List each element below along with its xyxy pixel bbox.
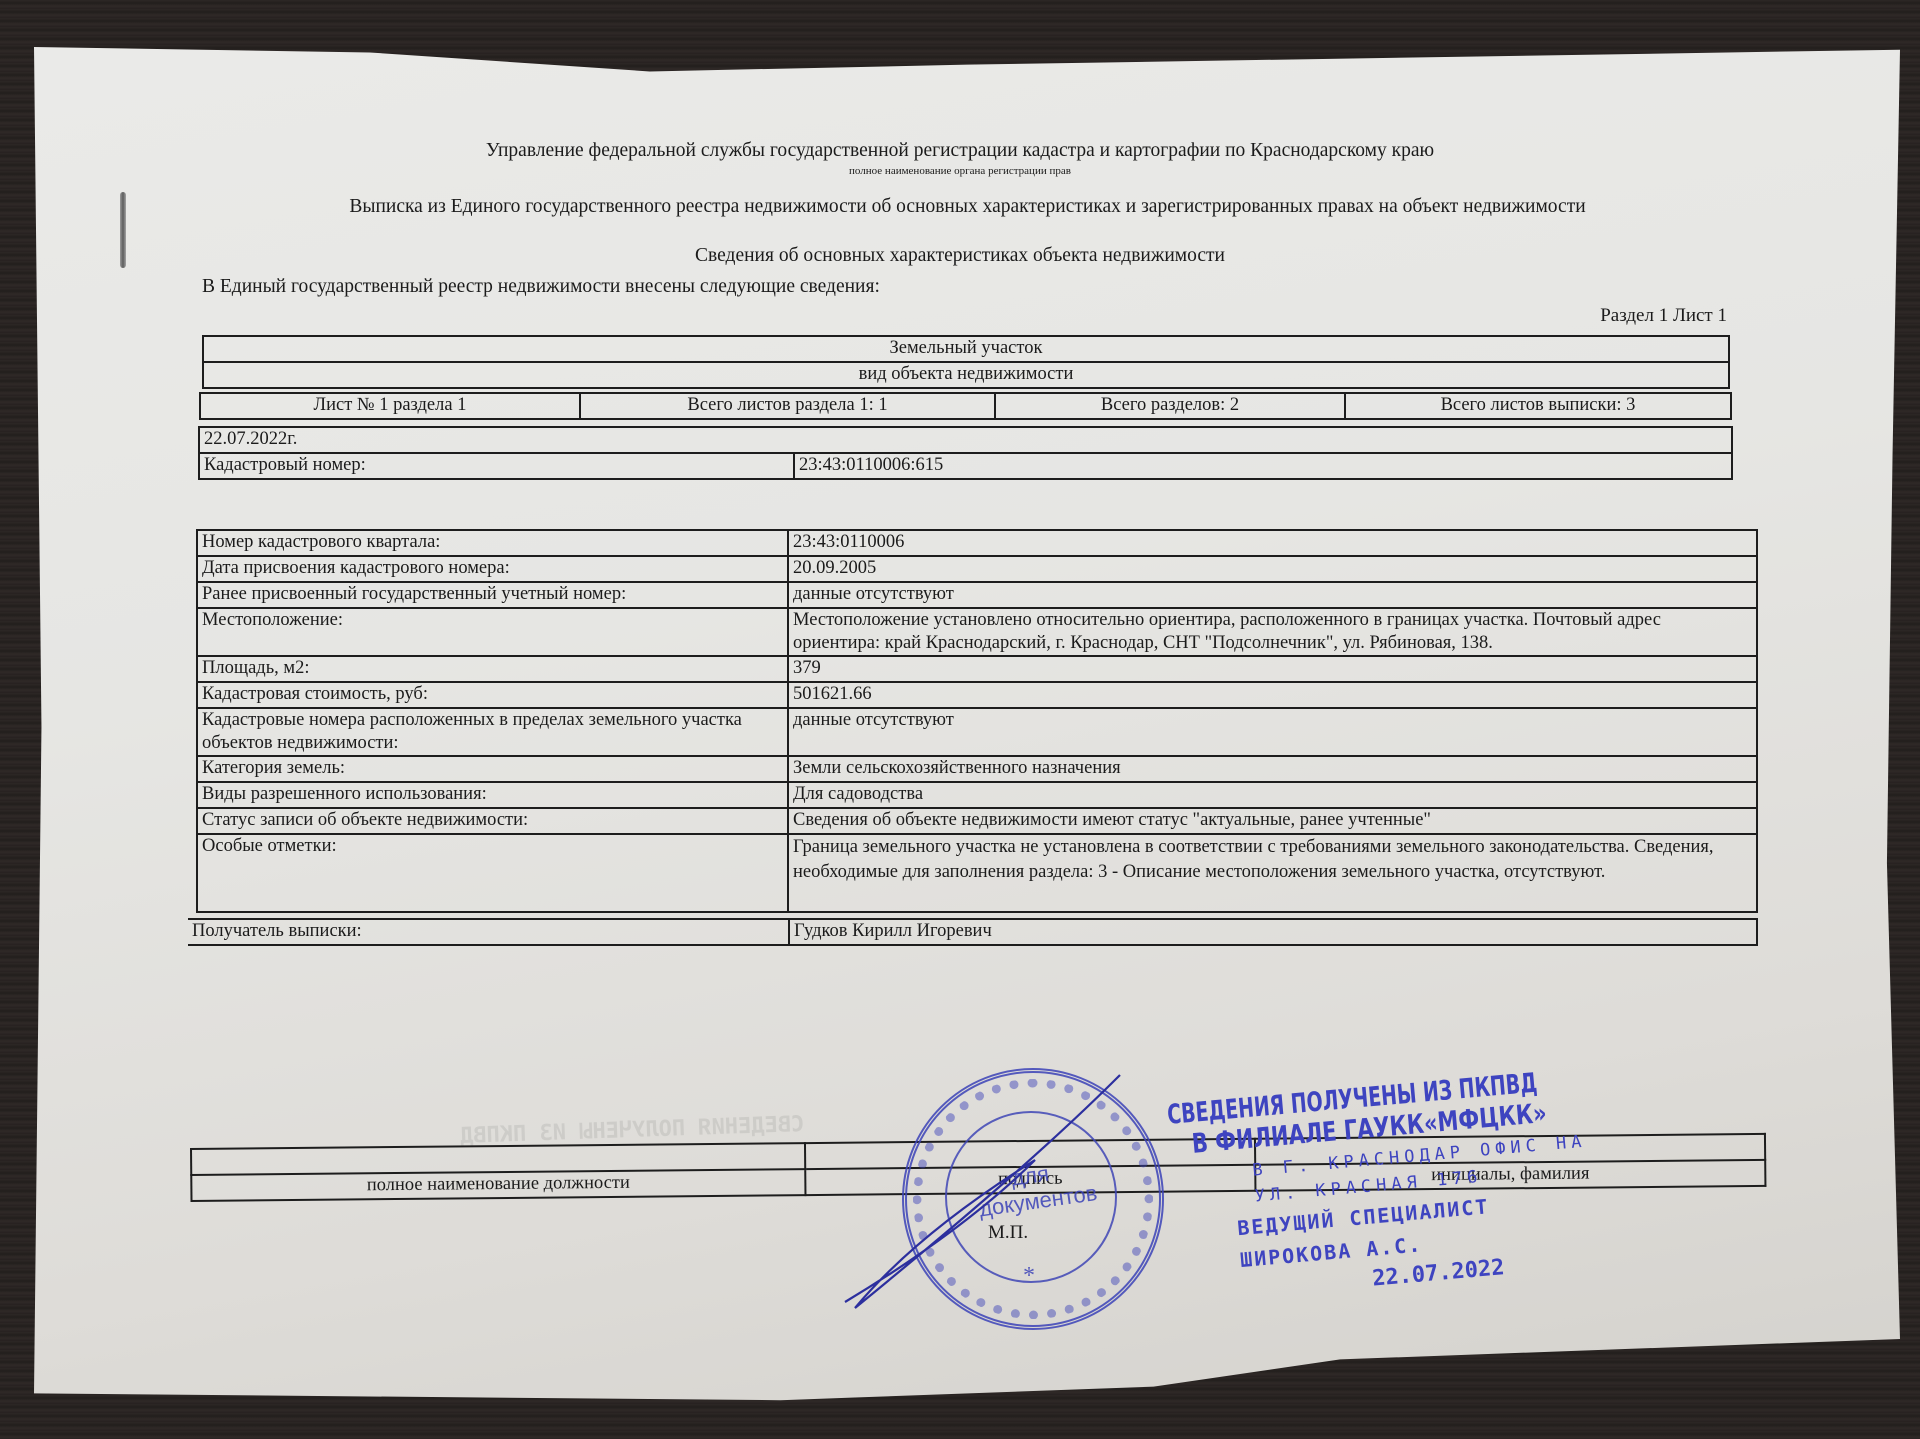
property-row: Кадастровые номера расположенных в преде… (197, 708, 1757, 756)
total-sections: Всего разделов: 2 (995, 393, 1345, 419)
cadastral-number-value: 23:43:0110006:615 (794, 453, 1732, 479)
recipient-table: Получатель выписки: Гудков Кирилл Игорев… (188, 918, 1758, 946)
rectangular-stamp: СВЕДЕНИЯ ПОЛУЧЕНЫ ИЗ ПКПВД В ФИЛИАЛЕ ГАУ… (1166, 1058, 1661, 1308)
property-row: Виды разрешенного использования:Для садо… (197, 782, 1757, 808)
property-row: Площадь, м2:379 (197, 656, 1757, 682)
property-row: Ранее присвоенный государственный учетны… (197, 582, 1757, 608)
document-subtitle: Сведения об основных характеристиках объ… (0, 245, 1920, 267)
document-title: Выписка из Единого государственного реес… (0, 196, 1920, 218)
property-row: Статус записи об объекте недвижимости:Св… (197, 808, 1757, 834)
extract-date: 22.07.2022г. (199, 427, 1732, 453)
cadastral-number-label: Кадастровый номер: (199, 453, 794, 479)
object-kind-value: Земельный участок (203, 336, 1729, 362)
handwritten-signature (835, 1070, 1135, 1310)
section-sheet-ref: Раздел 1 Лист 1 (1600, 305, 1727, 327)
object-kind-table: Земельный участок вид объекта недвижимос… (202, 335, 1730, 389)
object-kind-caption: вид объекта недвижимости (203, 362, 1729, 388)
recipient-value: Гудков Кирилл Игоревич (789, 919, 1757, 945)
property-row: Категория земель:Земли сельскохозяйствен… (197, 756, 1757, 782)
property-row: Особые отметки:Граница земельного участк… (197, 834, 1757, 912)
sheets-table: Лист № 1 раздела 1 Всего листов раздела … (199, 392, 1732, 420)
organization-caption: полное наименование органа регистрации п… (0, 165, 1920, 177)
organization-name: Управление федеральной службы государств… (0, 140, 1920, 162)
total-section-sheets: Всего листов раздела 1: 1 (580, 393, 995, 419)
intro-text: В Единый государственный реестр недвижим… (202, 276, 880, 298)
property-row: Номер кадастрового квартала:23:43:011000… (197, 530, 1757, 556)
header-info-table: 22.07.2022г. Кадастровый номер: 23:43:01… (198, 426, 1733, 480)
property-row: Кадастровая стоимость, руб:501621.66 (197, 682, 1757, 708)
position-caption: полное наименование должности (191, 1169, 805, 1201)
property-row: Местоположение:Местоположение установлен… (197, 608, 1757, 656)
total-extract-sheets: Всего листов выписки: 3 (1345, 393, 1731, 419)
properties-table: Номер кадастрового квартала:23:43:011000… (196, 529, 1758, 913)
recipient-label: Получатель выписки: (188, 919, 789, 945)
sheet-number: Лист № 1 раздела 1 (200, 393, 580, 419)
property-row: Дата присвоения кадастрового номера:20.0… (197, 556, 1757, 582)
